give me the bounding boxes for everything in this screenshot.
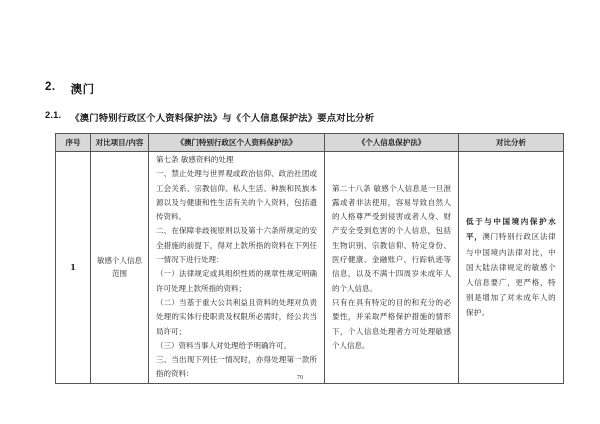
table-row: 1 敏感个人信息 范围 第七条 敏感资料的处理 一、禁止处理与世界观或政治信仰、… bbox=[56, 152, 564, 384]
header-analysis: 对比分析 bbox=[459, 134, 564, 152]
subsection-title: 《澳门特别行政区个人资料保护法》与《个人信息保护法》要点对比分析 bbox=[70, 110, 374, 124]
analysis-rest: 澳门特别行政区法律与中国境内法律对比，中国大陆法律规定的敏感个人信息要广，更严格… bbox=[466, 232, 556, 317]
row-item: 敏感个人信息 范围 bbox=[91, 152, 149, 384]
subsection-heading: 2.1. 《澳门特别行政区个人资料保护法》与《个人信息保护法》要点对比分析 bbox=[45, 110, 374, 124]
row-analysis-text: 低于与中国境内保护水平，澳门特别行政区法律与中国境内法律对比，中国大陆法律规定的… bbox=[459, 152, 564, 384]
table-header-row: 序号 对比项目/内容 《澳门特别行政区个人资料保护法》 《个人信息保护法》 对比… bbox=[56, 134, 564, 152]
header-item: 对比项目/内容 bbox=[91, 134, 149, 152]
subsection-number: 2.1. bbox=[45, 110, 61, 124]
comparison-table: 序号 对比项目/内容 《澳门特别行政区个人资料保护法》 《个人信息保护法》 对比… bbox=[55, 133, 564, 384]
header-pipl: 《个人信息保护法》 bbox=[325, 134, 459, 152]
row-pipl-text: 第二十八条 敏感个人信息是一旦泄露或者非法使用，容易导致自然人的人格尊严受到侵害… bbox=[325, 152, 459, 384]
document-page: 2. 澳门 2.1. 《澳门特别行政区个人资料保护法》与《个人信息保护法》要点对… bbox=[0, 0, 600, 424]
row-macau-law-text: 第七条 敏感资料的处理 一、禁止处理与世界观或政治信仰、政治社团或工会关系、宗教… bbox=[149, 152, 325, 384]
page-number: 70 bbox=[0, 374, 600, 381]
row-index: 1 bbox=[56, 152, 91, 384]
section-title: 澳门 bbox=[71, 81, 95, 97]
header-index: 序号 bbox=[56, 134, 91, 152]
section-number: 2. bbox=[45, 81, 56, 97]
header-macau-law: 《澳门特别行政区个人资料保护法》 bbox=[149, 134, 325, 152]
section-heading: 2. 澳门 bbox=[45, 81, 95, 97]
